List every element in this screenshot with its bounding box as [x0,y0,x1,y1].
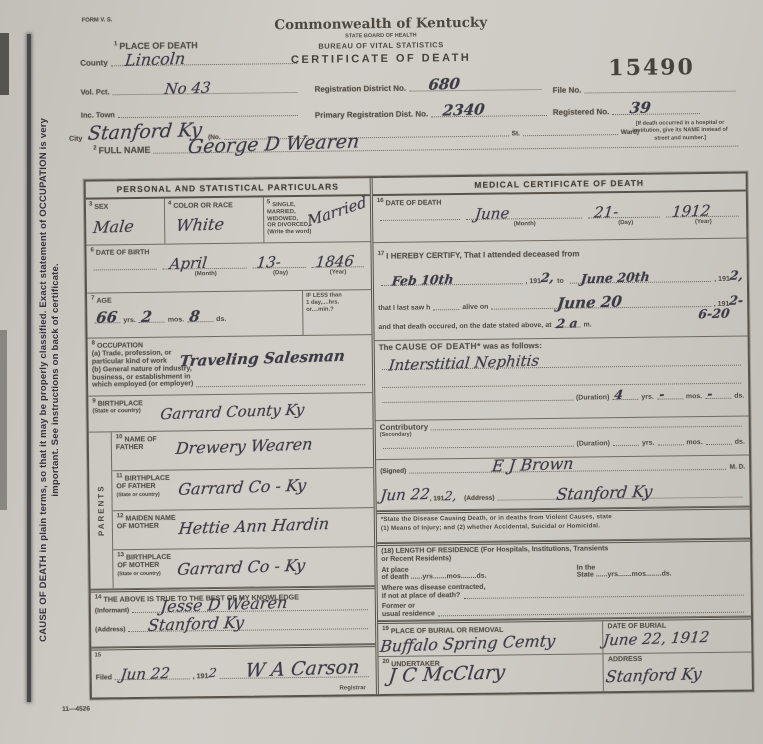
at-place-units: ......yrs.......mos........ds. [411,573,487,581]
section-number: 1 [114,41,117,47]
mother-name-row: 12MAIDEN NAMEOF MOTHER Hettie Ann Hardin [113,508,374,550]
dod-month-value: June [474,206,510,222]
age-number: 7 [91,296,94,302]
certify-him-line [433,307,459,310]
occupation-b3: which employed (or employer) [92,381,193,390]
cause-duration-lead [382,397,573,402]
statement-number: 14 [95,594,102,600]
in-state-units-row: State ......yrs.......mos........ds. [577,570,747,580]
registrar-signature-line: W A Carson [219,674,368,679]
filed-number: 15 [94,652,101,658]
cause-duration-line: (Duration) 4 yrs. - mos. - ds. [379,392,744,403]
certify-from-dotline: Feb 10th [381,281,523,286]
cause-ds-label: ds. [734,392,744,399]
sex-value: Male [92,219,134,236]
cause-duration-days: - [707,388,714,401]
death-certificate-scan: CAUSE OF DEATH in plain terms, so that i… [0,0,763,744]
age-days-value: 8 [188,309,200,324]
filed-year-print: , 191 [193,673,209,680]
parents-rows: 10NAME OFFATHER Drewery Wearen 11BIRTHPL… [112,429,375,588]
signed-address-label: (Address) [464,495,494,502]
contracted-dotline [463,592,743,598]
burial-date-cell: DATE OF BURIAL June 22, 1912 [603,620,751,653]
informant-address-line: (Address) Stanford Ky [95,624,371,634]
dob-day-line: 13- [253,265,306,269]
signed-year-value: 2, [444,490,457,503]
certify-time-value: 2 a [556,317,579,330]
cause-value-line: Interstitial Nephitis [379,362,744,370]
cause-footnote: *State the Disease Causing Death, or in … [377,507,750,543]
full-name-field: 2FULL NAME George D Wearen [93,138,741,156]
certificate-table: PERSONAL AND STATISTICAL PARTICULARS 3SE… [84,172,754,700]
cause-dotline: Interstitial Nephitis [382,362,741,369]
registrar-label: Registrar [339,685,365,691]
contributory-yrs-label: yrs. [642,440,655,447]
contributory-months-line [657,442,683,445]
dod-month-line: June [466,215,582,219]
cause-of-death-section: The CAUSE OF DEATH* was as follows: Inte… [375,336,749,421]
birthplace-label: BIRTHPLACE [98,400,143,408]
sex-label: SEX [94,204,108,211]
masthead-commonwealth: Commonwealth of Kentucky [258,14,504,33]
contributory-duration-lead [383,444,574,449]
file-number-field: File No. [553,84,739,95]
filed-line: Filed Jun 22 , 191 2 W A Carson [96,665,372,681]
informant-label: (Informant) [95,608,129,615]
signed-year-print: , 191 [430,496,445,503]
burial-place-value: Buffalo Spring Cemty [379,634,556,656]
document-content: FORM V. S. Commonwealth of Kentucky STAT… [0,0,763,744]
cause-duration-years: 4 [614,389,624,402]
informant-address-value: Stanford Ky [147,615,245,634]
cause-duration-label: (Duration) [576,394,610,401]
contributory-years-line [613,443,639,446]
certify-alive-text: alive on [462,304,488,311]
cause-duration-years-line: 4 [612,397,638,400]
age-days-line: 8 [187,319,213,322]
undertaker-number: 20 [383,659,390,665]
parents-section: PARENTS 10NAME OFFATHER Drewery Wearen 1… [89,429,375,589]
residence-duration-row: At place of death ......yrs.......mos...… [381,562,746,582]
age-years-value: 66 [96,310,119,326]
informant-section: 14THE ABOVE IS TRUE TO THE BEST OF MY KN… [91,586,376,647]
signed-label: (Signed) [380,468,406,475]
mother-birthplace-row: 13BIRTHPLACEOF MOTHER(State or country) … [113,547,374,588]
dod-day-line: 21- [588,214,661,218]
undertaker-address-value: Stanford Ky [605,666,703,685]
certify-y2: , 191 [714,275,730,282]
undertaker-address-label: ADDRESS [608,654,748,664]
sex-cell: 3SEX Male [86,199,166,245]
ward-line [523,132,618,136]
registered-number-value: 39 [629,100,652,116]
registered-number-label: Registered No. [553,107,610,117]
if-less-note: IF LESS than 1 day,....hrs. or....min.? [306,292,368,313]
registered-number-field: Registered No. 39 [553,106,703,117]
father-name-row: 10NAME OFFATHER Drewery Wearen [112,429,373,471]
signed-date-value: Jun 22 [380,487,431,504]
date-of-death-row: 16DATE OF DEATH June 21- 1912 (Month) (D… [373,191,747,243]
filed-label: Filed [96,674,112,681]
residence-section: (18) LENGTH OF RESIDENCE (For Hospitals,… [377,538,751,621]
filed-date-value: Jun 22 [120,666,171,683]
dob-number: 6 [90,248,93,254]
full-name-line: George D Wearen [153,144,738,154]
registrar-signature: W A Carson [245,658,361,681]
dod-label: DATE OF DEATH [386,199,442,207]
birthplace-value: Garrard County Ky [160,402,306,422]
mother-name-value: Hettie Ann Hardin [178,516,330,537]
age-years-line: 66 [94,320,120,323]
burial-row: 19PLACE OF BURIAL OR REMOVAL Buffalo Spr… [378,617,751,657]
burial-number: 19 [382,626,389,632]
contributory-duration-line: (Duration) yrs. mos. ds. [380,439,745,450]
age-yrs-label: yrs. [123,317,136,324]
race-number: 4 [168,201,171,207]
sex-race-marital-row: 3SEX Male 4COLOR OR RACE White 5SINGLE, … [86,196,371,245]
mother-name-number: 12 [117,513,124,519]
dob-year-value: 1846 [314,254,354,270]
informant-address-label: (Address) [95,627,125,634]
age-label: AGE [96,298,111,305]
at-place-units-row: of death ......yrs.......mos........ds. [381,572,576,582]
undertaker-row: 20UNDERTAKER J C McClary ADDRESS Stanfor… [378,652,751,694]
birthplace-number: 9 [92,398,95,404]
county-value: Lincoln [125,51,187,69]
dob-year-line: 1846 [311,264,364,268]
undertaker-address-cell: ADDRESS Stanford Ky [604,652,752,691]
age-line: 66 yrs. 2 mos. 8 ds. [91,315,298,325]
inc-town-field: Inc. Town [81,108,301,120]
certify-number: 17 [378,251,385,257]
dod-day-value: 21- [593,205,619,221]
at-place-block: At place of death ......yrs.......mos...… [381,564,576,582]
county-label: County [80,58,108,67]
cause-duration-days-line: - [705,395,731,398]
father-birthplace-number: 11 [116,473,122,479]
mother-birthplace-value: Garrard Co - Ky [176,557,306,577]
certify-to-dotline: June 20th [570,279,712,284]
cause-duration-months-line: - [657,396,683,399]
form-print-code: 11—4526 [62,706,90,713]
age-months-line: 2 [139,320,165,323]
occupation-b3-row: which employed (or employer) [92,379,368,390]
undertaker-cell: 20UNDERTAKER J C McClary [378,654,604,694]
dob-day-value: 13- [256,255,282,271]
certify-from-value: Feb 10th [391,274,454,289]
contributory-days-line [706,442,732,445]
filed-section: 15 Filed Jun 22 , 191 2 W A Carson Regis… [91,644,376,697]
father-birthplace-value: Garrard Co - Ky [177,478,307,498]
race-value: White [175,217,225,235]
parents-rail: PARENTS [89,432,114,588]
in-state-l2: State [577,572,594,579]
inc-town-label: Inc. Town [81,110,115,119]
cause-blank-line [379,380,744,388]
certify-from-line: Feb 10th , 191 2, to June 20th , 191 2, [378,270,743,287]
cause-value: Interstitial Nephitis [388,353,540,373]
certify-to-value: June 20th [580,271,650,286]
certify-y2-hw: 2, [729,270,743,283]
informant-dotline: Jesse D Wearen [132,608,368,614]
dob-month-line: April [163,266,247,270]
vol-pct-value: No 43 [163,81,211,98]
cause-blank-dotline [382,380,741,387]
father-name-number: 10 [116,434,123,440]
parents-label: PARENTS [96,485,106,537]
certify-intro-text: I HEREBY CERTIFY, That I attended deceas… [386,249,579,260]
if-less-l3: or....min.? [306,306,368,314]
contracted-l2: if not at place of death? [382,592,461,601]
occupation-label: OCCUPATION [97,342,143,350]
certify-to-label: to [557,278,564,285]
vol-pct-line: No 43 [113,90,298,95]
filed-year-value: 2 [208,667,217,680]
former-residence-l2: usual residence [382,610,435,618]
cause-mos-label: mos. [686,393,702,400]
sex-number: 3 [89,202,92,208]
age-months-value: 2 [140,310,152,325]
age-row: 7AGE 66 yrs. 2 mos. 8 ds. IF LESS than [87,290,372,338]
signed-line: (Signed) E J Brown M. D. [380,464,745,475]
mother-birthplace-number: 13 [117,552,124,558]
contributory-duration-label: (Duration) [576,440,610,447]
in-state-block: In the State ......yrs.......mos........… [577,562,747,580]
race-label: COLOR OR RACE [173,202,233,210]
certify-y1: , 191 [525,278,541,285]
certify-time-line: 2 a [555,325,581,328]
marital-l5: (Write the word) [267,228,367,236]
contributory-ds-label: ds. [735,439,745,446]
cause-yrs-label: yrs. [641,393,654,400]
certify-y1-hw: 2, [540,272,554,285]
physician-address-value: Stanford Ky [555,484,653,503]
primary-registration-line: 2340 [431,113,547,117]
father-name-value: Drewery Wearen [175,436,313,457]
contributory-mos-label: mos. [686,439,702,446]
registered-number-line: 39 [612,111,700,115]
dod-year-line: 1912 [667,213,740,217]
full-name-heading: 2FULL NAME [93,145,150,156]
dob-month-value: April [169,256,208,272]
street-label: St. [512,130,520,137]
primary-registration-label: Primary Registration Dist. No. [315,109,428,119]
cause-duration-months: - [658,389,665,402]
dob-lead-line [94,267,157,271]
physician-signature: E J Brown [491,456,574,475]
age-mos-label: mos. [168,317,184,324]
registration-district-value: 680 [428,77,461,93]
cause-heading: The CAUSE OF DEATH* was as follows: [379,338,744,352]
certify-saw-line: that I last saw h alive on June 20 , 191… [378,295,743,312]
medical-certificate-column: MEDICAL CERTIFICATE OF DEATH 16DATE OF D… [373,174,752,695]
age-heading: 7AGE [91,293,298,306]
birthplace-row: 9BIRTHPLACE (State or country) Garrard C… [88,393,372,432]
registration-district-line: 680 [409,87,541,92]
occupation-a: (a) Trade, profession, or particular kin… [92,347,368,366]
burial-date-value: June 22, 1912 [603,630,711,649]
father-birthplace-row: 11BIRTHPLACEOF FATHER(State or country) … [112,468,373,510]
city-label: City [69,136,82,143]
certify-y3-hw: 2- [729,295,744,308]
certify-death-text: and that death occured, on the date stat… [378,322,551,331]
city-value: Stanford Ky [87,121,203,144]
filed-date-line: Jun 22 [115,676,190,680]
former-residence-dotline [438,610,744,617]
undertaker-value: J C McClary [388,663,506,686]
signed-address-dotline: Stanford Ky [498,495,743,501]
dod-year-value: 1912 [671,203,711,219]
certify-above-note: 6-20 [697,308,730,322]
dod-number: 16 [377,198,384,204]
certify-saw-value: June 20 [556,294,622,311]
certify-saw-dotline: June 20 [491,304,710,310]
at-place-l2: of death [381,574,408,581]
file-number-value: 15490 [608,54,695,81]
cause-label: CAUSE OF DEATH* [395,341,481,352]
race-heading: 4COLOR OR RACE [168,199,260,210]
informant-address-dotline: Stanford Ky [128,627,368,633]
vol-pct-label: Vol. Pct. [81,87,110,96]
file-number-label: File No. [553,86,582,95]
form-reference: FORM V. S. [82,17,113,23]
certify-section: 17I HEREBY CERTIFY, That I attended dece… [373,238,747,341]
inc-town-line [118,113,298,118]
certify-intro: 17I HEREBY CERTIFY, That I attended dece… [378,247,743,262]
marital-number: 5 [267,199,270,205]
sex-heading: 3SEX [89,201,161,212]
occupation-b-line [196,382,365,387]
date-of-birth-row: 6DATE OF BIRTH April 13- 1846 (Month) (D… [86,242,371,293]
signed-dotline: E J Brown [409,467,726,474]
contributory-label: Contributory [380,423,429,433]
physician-signature-section: (Signed) E J Brown M. D. Jun 22 , 191 2,… [376,456,750,512]
certify-saw-text: that I last saw h [378,304,430,312]
dob-label: DATE OF BIRTH [96,249,150,257]
certify-m-label: m. [583,322,591,329]
vol-pct-field: Vol. Pct. No 43 [81,85,301,97]
occupation-number: 8 [92,340,95,346]
in-state-units: ......yrs.......mos........ds. [596,571,672,579]
full-name-number: 2 [93,145,96,151]
file-number-line [584,89,735,94]
burial-place-cell: 19PLACE OF BURIAL OR REMOVAL Buffalo Spr… [378,622,604,656]
age-ds-label: ds. [216,316,226,323]
personal-particulars-column: PERSONAL AND STATISTICAL PARTICULARS 3SE… [86,178,379,697]
certify-death-line: and that death occured, on the date stat… [378,320,743,331]
primary-registration-value: 2340 [442,102,485,118]
masthead-bureau: BUREAU OF VITAL STATISTICS [258,39,504,51]
dod-lead-line [380,217,460,221]
full-name-label: FULL NAME [99,145,151,156]
occupation-row: 8OCCUPATION (a) Trade, profession, or pa… [88,335,373,396]
race-cell: 4COLOR OR RACE White [165,197,265,243]
full-name-value: George D Wearen [187,132,360,157]
md-label: M. D. [730,464,746,471]
age-cell: 7AGE 66 yrs. 2 mos. 8 ds. [87,291,304,338]
marital-cell: 5SINGLE, MARRIED, WIDOWED, OR DIVORCED (… [264,196,371,242]
if-less-cell: IF LESS than 1 day,....hrs. or....min.? [303,290,372,335]
registration-district-field: Registration District No. 680 [314,82,544,94]
registration-district-label: Registration District No. [314,84,406,94]
signed-date-line: Jun 22 , 191 2, (Address) Stanford Ky [380,484,745,503]
